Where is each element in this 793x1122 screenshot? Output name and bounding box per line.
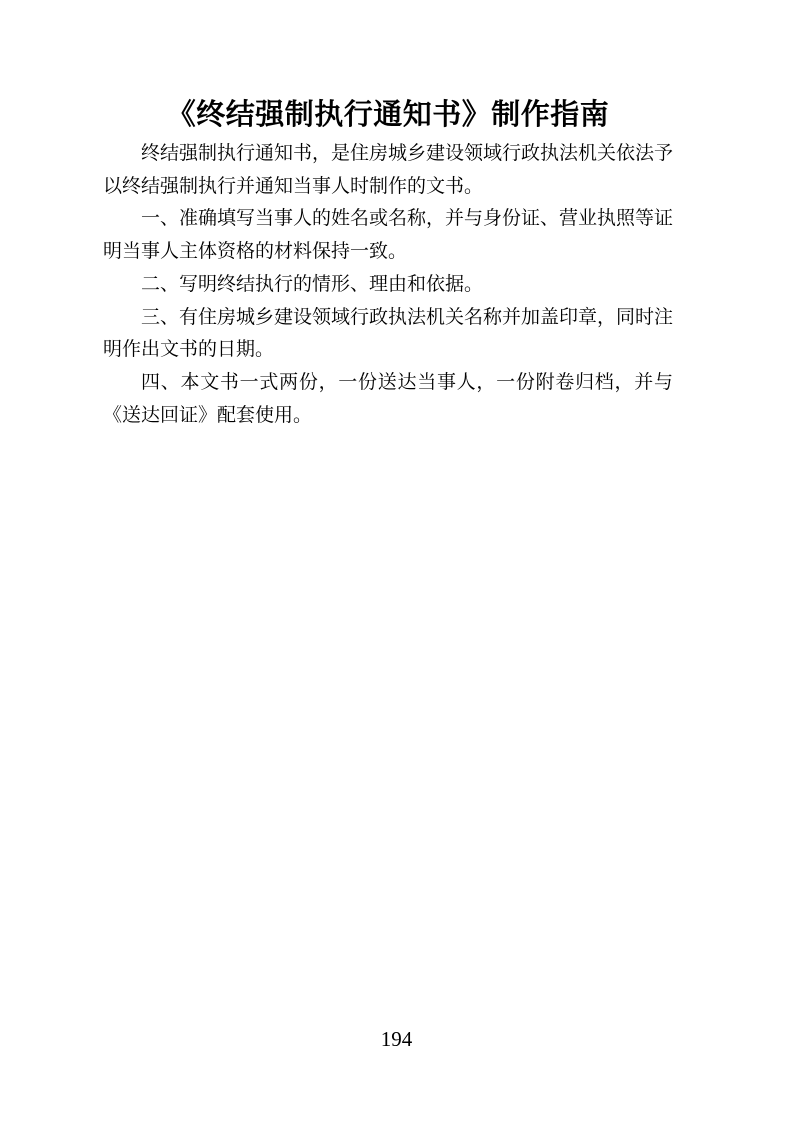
document-body: 终结强制执行通知书，是住房城乡建设领域行政执法机关依法予以终结强制执行并通知当事…	[103, 137, 673, 431]
page-number: 194	[0, 1028, 793, 1050]
paragraph-intro: 终结强制执行通知书，是住房城乡建设领域行政执法机关依法予以终结强制执行并通知当事…	[103, 137, 673, 202]
document-title: 《终结强制执行通知书》制作指南	[100, 97, 676, 133]
paragraph-item-4: 四、本文书一式两份，一份送达当事人，一份附卷归档，并与《送达回证》配套使用。	[103, 366, 673, 431]
paragraph-item-1: 一、准确填写当事人的姓名或名称，并与身份证、营业执照等证明当事人主体资格的材料保…	[103, 202, 673, 267]
paragraph-item-2: 二、写明终结执行的情形、理由和依据。	[103, 268, 673, 301]
paragraph-item-3: 三、有住房城乡建设领域行政执法机关名称并加盖印章，同时注明作出文书的日期。	[103, 301, 673, 366]
document-page: 《终结强制执行通知书》制作指南 终结强制执行通知书，是住房城乡建设领域行政执法机…	[0, 0, 793, 1122]
